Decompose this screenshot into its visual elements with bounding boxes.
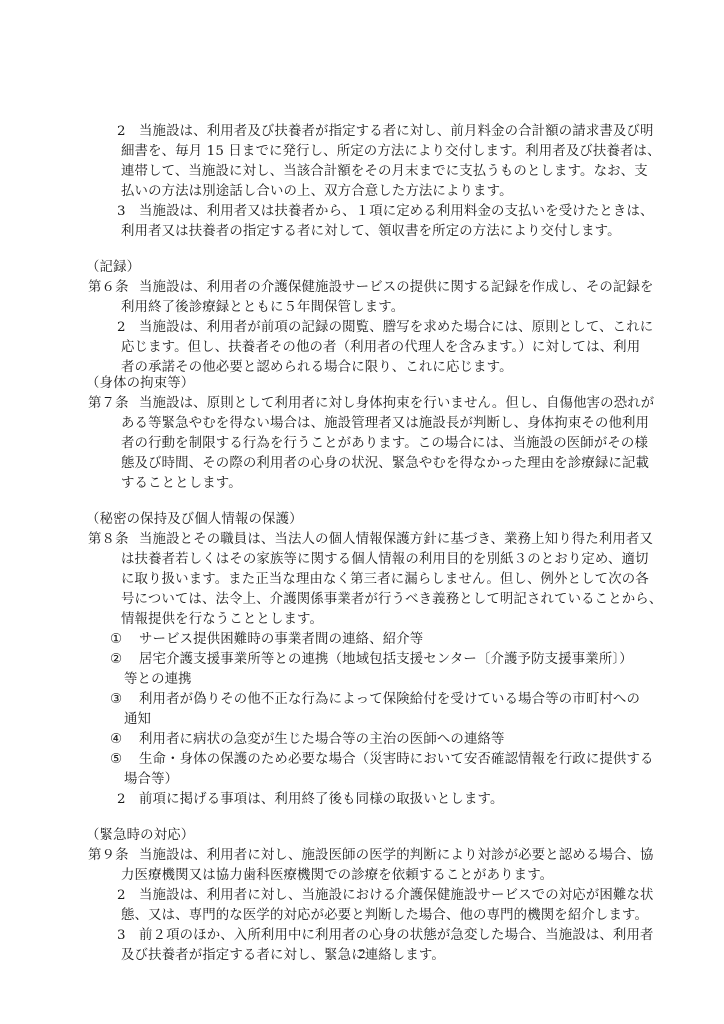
enum-line: 等との連携	[124, 670, 192, 689]
enum-line: 利用者が偽りその他不正な行為によって保険給付を受けている場合等の市町村への	[139, 690, 640, 709]
paragraph-line: 態、又は、専門的な医学的対応が必要と判断した場合、他の専門的機関を紹介します。	[121, 906, 648, 925]
section-heading: （秘密の保持及び個人情報の保護）	[86, 510, 303, 529]
article-line: 情報提供を行なうこととします。	[121, 610, 323, 629]
enum-mark: ①	[110, 630, 122, 649]
paragraph-line: 払いの方法は別途話し合いの上、双方合意した方法によります。	[121, 182, 513, 201]
enum-line: 居宅介護支援事業所等との連携（地域包括支援センター〔介護予防支援事業所〕）	[139, 650, 633, 669]
section-heading: （緊急時の対応）	[86, 826, 194, 845]
paragraph-number: 2	[117, 122, 126, 141]
article-line: 利用終了後診療録とともに５年間保管します。	[121, 298, 404, 317]
article-line: することとします。	[121, 474, 242, 493]
enum-line: 通知	[124, 710, 151, 729]
article-line: 者の行動を制限する行為を行うことがあります。この場合には、当施設の医師がその様	[121, 434, 648, 453]
paragraph-line: 当施設は、利用者及び扶養者が指定する者に対し、前月料金の合計額の請求書及び明	[139, 122, 654, 141]
paragraph-line: 応じます。但し、扶養者その他の者（利用者の代理人を含みます。）に対しては、利用	[121, 338, 640, 357]
section-heading: （身体の拘束等）	[86, 374, 194, 393]
paragraph-line: 連帯して、当施設に対し、当該合計額をその月末までに支払うものとします。なお、支	[121, 162, 648, 181]
paragraph-number: 2	[117, 886, 126, 905]
enum-line: 利用者に病状の急変が生じた場合等の主治の医師への連絡等	[139, 730, 505, 749]
article-line: は扶養者若しくはその家族等に関する個人情報の利用目的を別紙３のとおり定め、適切	[121, 550, 649, 569]
document-page: 2 当施設は、利用者及び扶養者が指定する者に対し、前月料金の合計額の請求書及び明…	[0, 0, 724, 1024]
enum-line: サービス提供困難時の事業者間の連絡、紹介等	[139, 630, 423, 649]
article-line: 当施設は、原則として利用者に対し身体拘束を行いません。但し、自傷他害の恐れが	[139, 394, 654, 413]
article-line: 態及び時間、その際の利用者の心身の状況、緊急やむを得なかった理由を診療録に記載	[121, 454, 649, 473]
article-label: 第７条	[88, 394, 129, 413]
paragraph-number: 2	[117, 790, 126, 809]
paragraph-line: 細書を、毎月 15 日までに発行し、所定の方法により交付します。利用者及び扶養者…	[121, 142, 661, 161]
paragraph-line: 当施設は、利用者が前項の記録の閲覧、謄写を求めた場合には、原則として、これに	[139, 318, 653, 337]
enum-line: 生命・身体の保護のため必要な場合（災害時において安否確認情報を行政に提供する	[139, 750, 654, 769]
article-label: 第９条	[88, 846, 129, 865]
enum-line: 場合等）	[124, 770, 178, 789]
paragraph-number: 2	[117, 318, 126, 337]
paragraph-line: 前項に掲げる事項は、利用終了後も同様の取扱いとします。	[139, 790, 504, 809]
article-label: 第８条	[88, 530, 129, 549]
article-line: 当施設は、利用者に対し、施設医師の医学的判断により対診が必要と認める場合、協	[139, 846, 654, 865]
article-line: 号については、法令上、介護関係事業者が行うべき義務として明記されていることから、	[121, 590, 662, 609]
paragraph-line: 前２項のほか、入所利用中に利用者の心身の状態が急変した場合、当施設は、利用者	[139, 926, 654, 945]
article-line: ある等緊急やむを得ない場合は、施設管理者又は施設長が判断し、身体拘束その他利用	[121, 414, 649, 433]
paragraph-number: 3	[117, 202, 126, 221]
article-line: 力医療機関又は協力歯科医療機関での診療を依頼することがあります。	[121, 866, 553, 885]
section-heading: （記録）	[86, 258, 140, 277]
article-line: 当施設とその職員は、当法人の個人情報保護方針に基づき、業務上知り得た利用者又	[139, 530, 653, 549]
paragraph-line: 当施設は、利用者又は扶養者から、１項に定める利用料金の支払いを受けたときは、	[139, 202, 654, 221]
enum-mark: ④	[110, 730, 122, 749]
paragraph-line: 利用者又は扶養者の指定する者に対して、領収書を所定の方法により交付します。	[121, 222, 621, 241]
paragraph-line: 当施設は、利用者に対し、当施設における介護保健施設サービスでの対応が困難な状	[139, 886, 654, 905]
page-number: 2	[0, 947, 724, 963]
article-line: 当施設は、利用者の介護保健施設サービスの提供に関する記録を作成し、その記録を	[139, 278, 654, 297]
paragraph-number: 3	[117, 926, 126, 945]
article-label: 第６条	[88, 278, 129, 297]
article-line: に取り扱います。また正当な理由なく第三者に漏らしません。但し、例外として次の各	[121, 570, 649, 589]
enum-mark: ③	[110, 690, 122, 709]
enum-mark: ②	[110, 650, 122, 669]
enum-mark: ⑤	[110, 750, 122, 769]
